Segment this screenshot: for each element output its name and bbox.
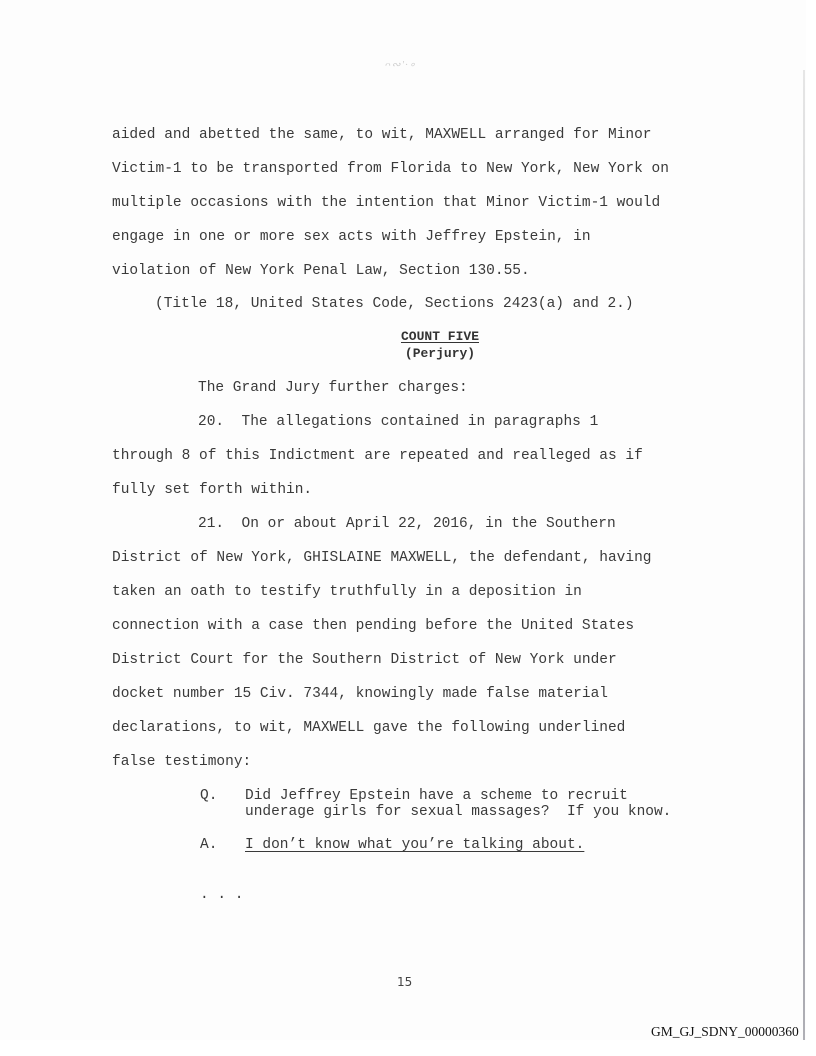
paragraph-20-line: 20. The allegations contained in paragra… [198, 413, 598, 431]
page-number: 15 [397, 975, 412, 989]
answer-label: A. [200, 836, 217, 854]
ellipsis: . . . [200, 886, 244, 904]
paragraph-21-line: 21. On or about April 22, 2016, in the S… [198, 515, 616, 533]
statute-citation: (Title 18, United States Code, Sections … [155, 295, 634, 313]
paragraph-21-line: connection with a case then pending befo… [112, 617, 634, 635]
paragraph-21-line: docket number 15 Civ. 7344, knowingly ma… [112, 685, 608, 703]
body-line: Victim-1 to be transported from Florida … [112, 160, 669, 178]
paragraph-20-line: fully set forth within. [112, 481, 312, 499]
body-line: aided and abetted the same, to wit, MAXW… [112, 126, 652, 144]
question-label: Q. [200, 787, 217, 805]
paragraph-21-line: taken an oath to testify truthfully in a… [112, 583, 582, 601]
paragraph-21-line: false testimony: [112, 753, 251, 771]
question-line: underage girls for sexual massages? If y… [245, 803, 671, 821]
paragraph-21-line: District Court for the Southern District… [112, 651, 617, 669]
document-page: ᴖ∾'·∘ aided and abetted the same, to wit… [0, 0, 806, 1040]
count-title: COUNT FIVE [32, 329, 816, 345]
bates-number: GM_GJ_SDNY_00000360 [651, 1024, 799, 1040]
count-subtitle: (Perjury) [32, 346, 816, 362]
paragraph-21-line: District of New York, GHISLAINE MAXWELL,… [112, 549, 652, 567]
grand-jury-intro: The Grand Jury further charges: [198, 379, 468, 397]
scan-edge-line [803, 70, 805, 1040]
body-line: multiple occasions with the intention th… [112, 194, 660, 212]
body-line: engage in one or more sex acts with Jeff… [112, 228, 591, 246]
answer-underlined-testimony: I don’t know what you’re talking about. [245, 836, 584, 854]
body-line: violation of New York Penal Law, Section… [112, 262, 530, 280]
paragraph-21-line: declarations, to wit, MAXWELL gave the f… [112, 719, 625, 737]
paragraph-20-line: through 8 of this Indictment are repeate… [112, 447, 643, 465]
stamp-smudge: ᴖ∾'·∘ [385, 58, 417, 71]
